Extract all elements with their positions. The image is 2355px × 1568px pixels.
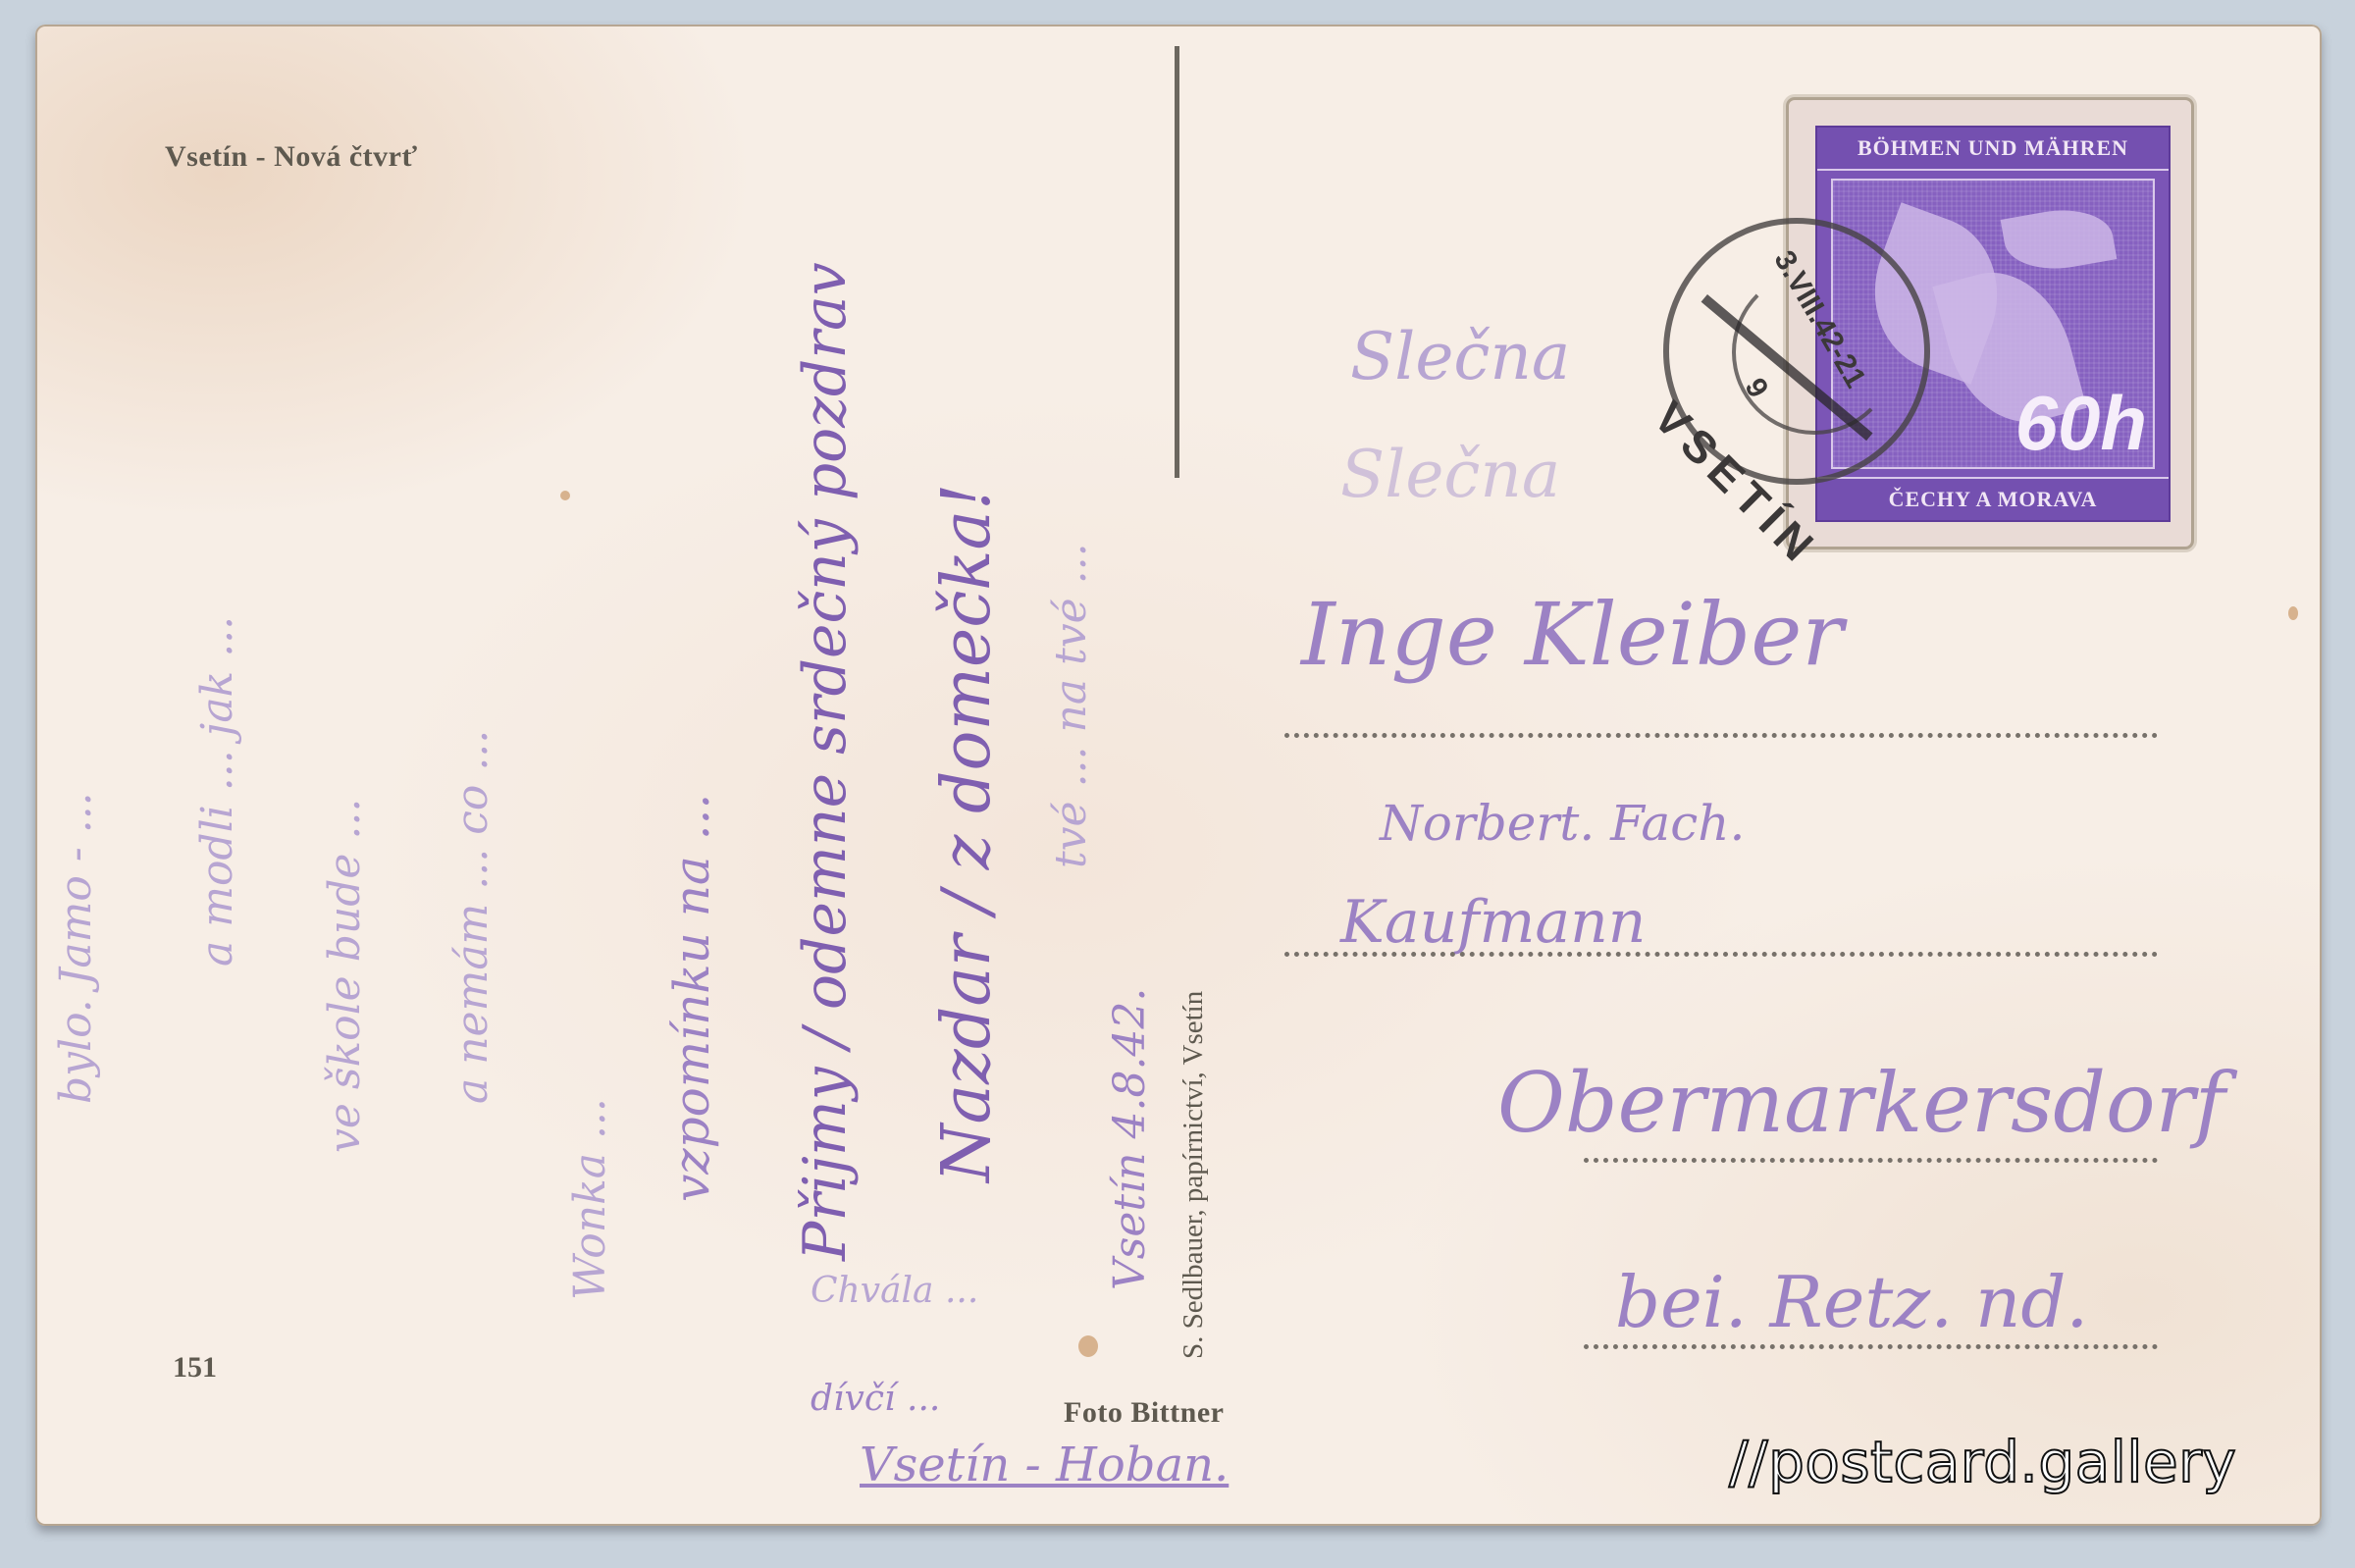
message-line: a nemám ... co ... bbox=[447, 730, 497, 1104]
card-title: Vsetín - Nová čtvrť bbox=[165, 140, 418, 174]
message-line: vzpomínku na ... bbox=[663, 794, 720, 1202]
address-line: Norbert. Fach. bbox=[1380, 795, 1745, 852]
message-footer-line: Chvála ... bbox=[811, 1271, 978, 1311]
address-recipient: Inge Kleiber bbox=[1301, 584, 1843, 685]
message-line: Wonka ... bbox=[565, 1098, 615, 1300]
message-line: a modli ... jak ... bbox=[192, 616, 242, 967]
address-region: bei. Retz. nd. bbox=[1615, 1261, 2088, 1343]
stain bbox=[560, 491, 570, 500]
stamp-country-text: BÖHMEN UND MÄHREN bbox=[1817, 128, 2169, 171]
message-line: tvé ... na tvé ... bbox=[1046, 543, 1096, 868]
publisher-credit: S. Sedlbauer, papírnictví, Vsetín bbox=[1177, 991, 1210, 1359]
message-line: ve škole bude ... bbox=[320, 799, 370, 1153]
address-line: Kaufmann bbox=[1340, 888, 1646, 957]
message-line: Přijmy / odemne srdečný pozdrav bbox=[791, 262, 860, 1261]
address-salutation: Slečna bbox=[1340, 437, 1560, 512]
stain bbox=[1078, 1335, 1098, 1357]
stamp-value: 60h bbox=[2015, 385, 2147, 461]
address-salutation: Slečna bbox=[1350, 319, 1570, 394]
address-line-3 bbox=[1584, 1158, 2158, 1163]
signature: Vsetín - Hoban. bbox=[860, 1437, 1229, 1492]
photographer-credit: Foto Bittner bbox=[1064, 1396, 1224, 1430]
stamp-country-text-czech: ČECHY A MORAVA bbox=[1817, 477, 2169, 520]
address-town: Obermarkersdorf bbox=[1497, 1055, 2225, 1151]
card-number: 151 bbox=[173, 1351, 217, 1385]
center-divider-line bbox=[1175, 46, 1179, 478]
address-line-1 bbox=[1284, 733, 2158, 738]
stain bbox=[2288, 606, 2298, 620]
message-footer-line: dívčí ... bbox=[811, 1379, 940, 1419]
watermark: //postcard.gallery bbox=[1729, 1429, 2236, 1495]
address-line-2 bbox=[1284, 952, 2158, 957]
message-line: Vsetín 4.8.42. bbox=[1105, 988, 1155, 1290]
address-line-4 bbox=[1584, 1344, 2158, 1349]
message-line: Nazdar / z domečka! bbox=[928, 484, 1006, 1182]
message-line: bylo. Jamo - ... bbox=[51, 792, 101, 1104]
